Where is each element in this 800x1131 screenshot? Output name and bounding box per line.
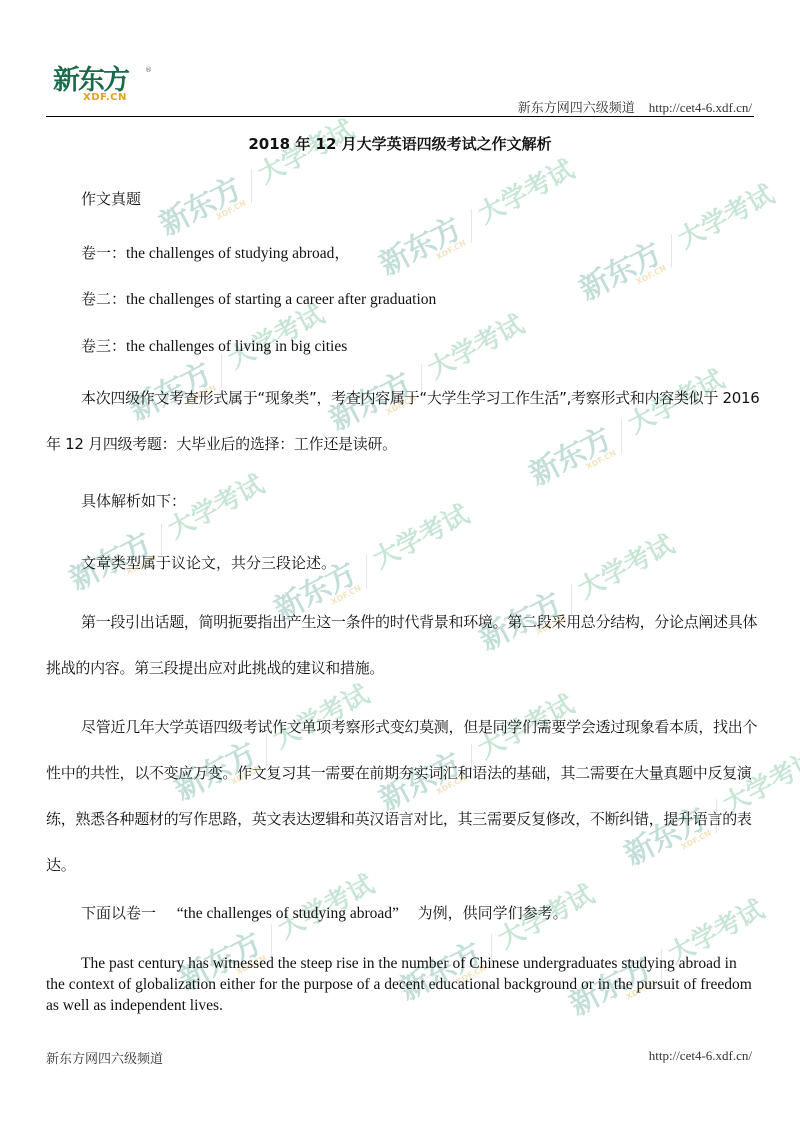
xdf-logo: 新东方 XDF.CN ® xyxy=(53,66,153,106)
essay-paragraph: The past century has witnessed the steep… xyxy=(46,953,756,1016)
footer-channel-url[interactable]: http://cet4-6.xdf.cn/ xyxy=(649,1048,752,1064)
paragraph-overview: 本次四级作文考查形式属于“现象类”，考查内容属于“大学生学习工作生活”,考察形式… xyxy=(46,375,766,467)
paper-label: 卷二： xyxy=(81,290,126,308)
paper-topic: the challenges of living in big cities xyxy=(126,338,347,355)
paragraph-structure: 第一段引出话题，简明扼要指出产生这一条件的时代背景和环境。第二段采用总分结构，分… xyxy=(46,599,766,691)
registered-mark-icon: ® xyxy=(145,66,152,74)
document-page: 新东方XDF.CN大学考试 新东方XDF.CN大学考试 新东方XDF.CN大学考… xyxy=(0,0,800,1131)
document-title: 2018 年 12 月大学英语四级考试之作文解析 xyxy=(0,133,800,154)
paper-topic: the challenges of starting a career afte… xyxy=(126,291,436,308)
section-heading: 作文真题 xyxy=(81,189,141,209)
watermark: 新东方XDF.CN大学考试 xyxy=(370,144,582,287)
watermark: 新东方XDF.CN大学考试 xyxy=(150,104,362,247)
paper-label: 卷三： xyxy=(81,337,126,355)
paper-item: 卷一：the challenges of studying abroad， xyxy=(81,243,350,264)
header-channel-url[interactable]: http://cet4-6.xdf.cn/ xyxy=(649,100,752,115)
header-channel: 新东方网四六级频道http://cet4-6.xdf.cn/ xyxy=(518,97,752,116)
paper-item: 卷二：the challenges of starting a career a… xyxy=(81,289,436,310)
footer-channel-name: 新东方网四六级频道 xyxy=(46,1048,163,1067)
analysis-heading: 具体解析如下： xyxy=(81,491,186,511)
header-divider xyxy=(46,116,754,117)
watermark: 新东方XDF.CN大学考试 xyxy=(60,459,272,602)
paper-item: 卷三：the challenges of living in big citie… xyxy=(81,336,347,357)
example-intro-quote: “the challenges of studying abroad” xyxy=(177,905,399,922)
example-intro-prefix: 下面以卷一 xyxy=(81,904,156,922)
watermark: 新东方XDF.CN大学考试 xyxy=(570,169,782,312)
header-channel-name: 新东方网四六级频道 xyxy=(518,100,635,115)
analysis-type: 文章类型属于议论文，共分三段论述。 xyxy=(81,553,336,573)
paper-topic: the challenges of studying abroad， xyxy=(126,245,350,262)
logo-domain: XDF.CN xyxy=(83,92,127,103)
paragraph-advice: 尽管近几年大学英语四级考试作文单项考察形式变幻莫测，但是同学们需要学会透过现象看… xyxy=(46,704,766,888)
example-intro: 下面以卷一 “the challenges of studying abroad… xyxy=(81,903,568,924)
paper-label: 卷一： xyxy=(81,244,126,262)
example-intro-suffix: 为例，供同学们参考。 xyxy=(418,904,568,922)
